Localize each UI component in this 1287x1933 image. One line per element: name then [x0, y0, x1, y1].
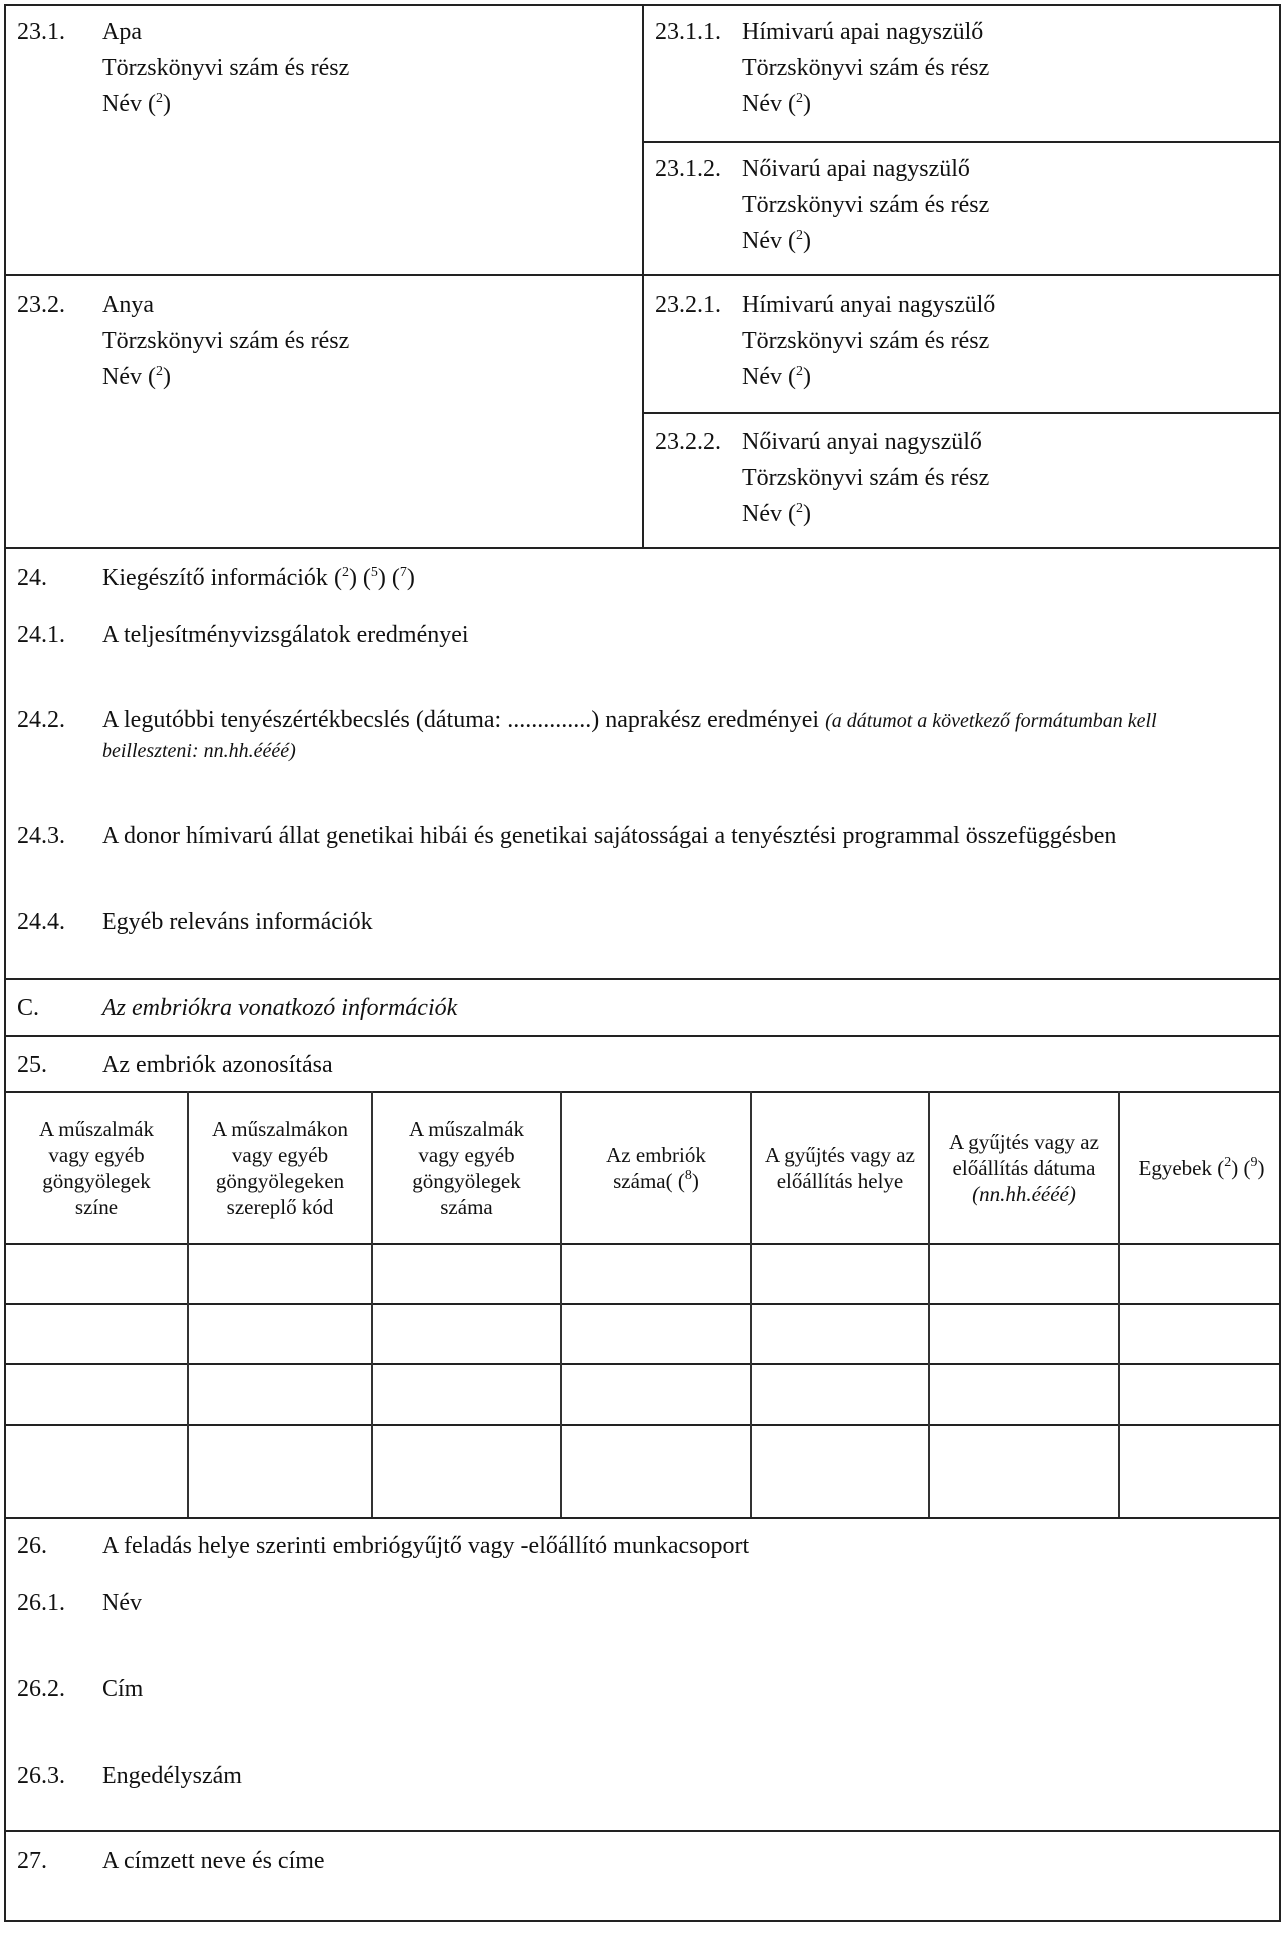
- table-cell[interactable]: [189, 1245, 371, 1303]
- field-number: 23.1.: [17, 14, 65, 50]
- table-cell[interactable]: [6, 1245, 187, 1303]
- section-title: Az embriók azonosítása: [102, 1047, 333, 1083]
- table-cell[interactable]: [189, 1365, 371, 1424]
- field-number: 24.4.: [17, 904, 65, 940]
- header-label: A műszalmákvagy egyébgöngyölegekszáma: [409, 1116, 524, 1220]
- header-label: Az embriókszáma( (8): [606, 1142, 706, 1194]
- field-number: 24.3.: [17, 818, 65, 854]
- section-number: C.: [17, 990, 39, 1026]
- table-cell[interactable]: [1120, 1245, 1283, 1303]
- field-number: 26.3.: [17, 1758, 65, 1794]
- table-cell[interactable]: [930, 1426, 1118, 1517]
- table-cell[interactable]: [6, 1426, 187, 1517]
- field-sublabel: Törzskönyvi szám és rész: [102, 323, 349, 359]
- section-title: Kiegészítő információk (2) (5) (7): [102, 560, 415, 596]
- table-cell[interactable]: [930, 1365, 1118, 1424]
- section-title: A feladás helye szerinti embriógyűjtő va…: [102, 1528, 749, 1564]
- field-sublabel-name: Név (2): [742, 359, 811, 395]
- field-label: Név: [102, 1585, 142, 1621]
- field-sublabel: Törzskönyvi szám és rész: [102, 50, 349, 86]
- field-sublabel-name: Név (2): [102, 359, 171, 395]
- field-sublabel: Törzskönyvi szám és rész: [742, 50, 989, 86]
- field-label: Cím: [102, 1671, 143, 1707]
- divider-26-end: [4, 1830, 1281, 1832]
- table-header-cell: Egyebek (2) (9): [1120, 1093, 1283, 1243]
- section-title: A címzett neve és címe: [102, 1843, 325, 1879]
- section-number: 26.: [17, 1528, 47, 1564]
- header-label: A gyűjtés vagy azelőállítás helye: [765, 1142, 915, 1194]
- field-note: beilleszteni: nn.hh.éééé): [102, 736, 296, 766]
- table-header-cell: A műszalmákvagy egyébgöngyölegekszíne: [6, 1093, 187, 1243]
- field-label: Hímivarú anyai nagyszülő: [742, 287, 995, 323]
- field-sublabel: Törzskönyvi szám és rész: [742, 323, 989, 359]
- divider-23-1-1: [642, 141, 1281, 143]
- table-header-cell: A gyűjtés vagy azelőállítás helye: [752, 1093, 928, 1243]
- table-cell[interactable]: [6, 1365, 187, 1424]
- table-cell[interactable]: [752, 1305, 928, 1363]
- field-label: A donor hímivarú állat genetikai hibái é…: [102, 818, 1116, 854]
- field-label: Engedélyszám: [102, 1758, 242, 1794]
- field-label: Hímivarú apai nagyszülő: [742, 14, 983, 50]
- table-cell[interactable]: [373, 1305, 560, 1363]
- divider-23-vertical: [642, 4, 644, 549]
- table-header-cell: A gyűjtés vagy azelőállítás dátuma(nn.hh…: [930, 1093, 1118, 1243]
- table-cell[interactable]: [1120, 1305, 1283, 1363]
- section-number: 27.: [17, 1843, 47, 1879]
- section-number: 24.: [17, 560, 47, 596]
- table-cell[interactable]: [562, 1305, 750, 1363]
- header-label: Egyebek (2) (9): [1139, 1155, 1265, 1181]
- header-label: A műszalmákvagy egyébgöngyölegekszíne: [39, 1116, 154, 1220]
- field-number: 23.2.1.: [655, 287, 721, 323]
- divider-c-end: [4, 1035, 1281, 1037]
- field-number: 23.2.2.: [655, 424, 721, 460]
- table-cell[interactable]: [562, 1245, 750, 1303]
- table-cell[interactable]: [1120, 1365, 1283, 1424]
- field-label: Apa: [102, 14, 142, 50]
- section-number: 25.: [17, 1047, 47, 1083]
- field-sublabel-name: Név (2): [742, 86, 811, 122]
- field-number: 26.1.: [17, 1585, 65, 1621]
- table-cell[interactable]: [930, 1305, 1118, 1363]
- table-cell[interactable]: [6, 1305, 187, 1363]
- field-sublabel-name: Név (2): [742, 223, 811, 259]
- field-sublabel-name: Név (2): [742, 496, 811, 532]
- field-label: Nőivarú anyai nagyszülő: [742, 424, 982, 460]
- divider-23-2-1: [642, 412, 1281, 414]
- field-label: Egyéb releváns információk: [102, 904, 373, 940]
- table-cell[interactable]: [562, 1365, 750, 1424]
- table-header-cell: A műszalmákonvagy egyébgöngyölegekenszer…: [189, 1093, 371, 1243]
- field-label: A legutóbbi tenyészértékbecslés (dátuma:…: [102, 702, 1157, 739]
- divider-24-end: [4, 978, 1281, 980]
- table-cell[interactable]: [562, 1426, 750, 1517]
- field-number: 23.1.1.: [655, 14, 721, 50]
- field-number: 24.2.: [17, 702, 65, 738]
- divider-23-end: [4, 547, 1281, 549]
- field-sublabel: Törzskönyvi szám és rész: [742, 460, 989, 496]
- table-header-cell: A műszalmákvagy egyébgöngyölegekszáma: [373, 1093, 560, 1243]
- table-bottom-border: [4, 1517, 1281, 1519]
- table-cell[interactable]: [1120, 1426, 1283, 1517]
- table-cell[interactable]: [373, 1426, 560, 1517]
- table-cell[interactable]: [752, 1365, 928, 1424]
- table-cell[interactable]: [752, 1426, 928, 1517]
- field-number: 23.1.2.: [655, 151, 721, 187]
- header-label: A gyűjtés vagy azelőállítás dátuma(nn.hh…: [949, 1129, 1099, 1207]
- field-number: 26.2.: [17, 1671, 65, 1707]
- header-label: A műszalmákonvagy egyébgöngyölegekenszer…: [212, 1116, 348, 1220]
- table-cell[interactable]: [373, 1365, 560, 1424]
- divider-23-1-2: [4, 274, 1281, 276]
- table-cell[interactable]: [930, 1245, 1118, 1303]
- field-sublabel-name: Név (2): [102, 86, 171, 122]
- table-cell[interactable]: [189, 1426, 371, 1517]
- table-cell[interactable]: [373, 1245, 560, 1303]
- field-label: Anya: [102, 287, 154, 323]
- field-label: Nőivarú apai nagyszülő: [742, 151, 970, 187]
- section-title: Az embriókra vonatkozó információk: [102, 990, 457, 1026]
- field-number: 24.1.: [17, 617, 65, 653]
- table-header-cell: Az embriókszáma( (8): [562, 1093, 750, 1243]
- field-number: 23.2.: [17, 287, 65, 323]
- field-sublabel: Törzskönyvi szám és rész: [742, 187, 989, 223]
- field-label: A teljesítményvizsgálatok eredményei: [102, 617, 469, 653]
- table-cell[interactable]: [752, 1245, 928, 1303]
- table-cell[interactable]: [189, 1305, 371, 1363]
